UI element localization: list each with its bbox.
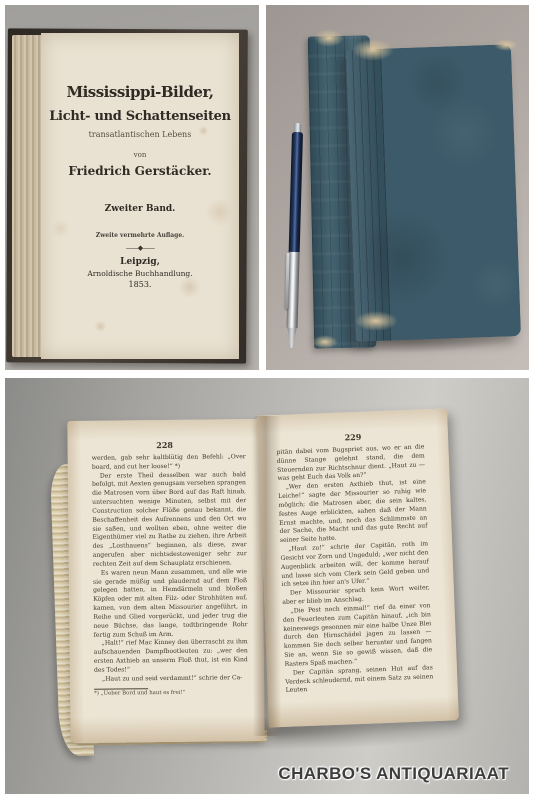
volume-statement: Zweiter Band. [41, 204, 239, 214]
right-page: 229 pitän dabei vom Bugspriet aus, wo er… [257, 408, 459, 727]
imprint-publisher: Arnoldische Buchhandlung. [41, 269, 239, 278]
pen-barrel [289, 132, 303, 252]
right-page-text: pitän dabei vom Bugspriet aus, wo er an … [276, 443, 433, 696]
paragraph: „Wer den ersten Axthieb thut, ist eine L… [278, 479, 428, 546]
book-subtitle: transatlantischen Lebens [41, 130, 239, 139]
page-block-edge [12, 35, 42, 357]
edition-statement: Zweite vermehrte Auflage. [41, 232, 239, 239]
byline: von [41, 151, 239, 159]
pen-push-button [294, 123, 301, 132]
book-title-line1: Mississippi-Bilder, [41, 83, 239, 101]
paragraph: „Haut zu und seid verdammt!“ schrie der … [94, 674, 248, 684]
paragraph: „Die Pest noch einmal!“ rief da einer vo… [282, 602, 432, 669]
paragraph: „Haut zu!“ schrie der Capitän, roth im G… [280, 540, 430, 590]
footnote: *) „Ueber Bord und haut es frei!“ [94, 689, 248, 697]
worn-cloth-patch [354, 311, 398, 331]
author-name: Friedrich Gerstäcker. [41, 164, 239, 178]
gutter-shadow [253, 416, 281, 736]
left-page-text: werden, gab sehr kaltblütig den Befehl: … [92, 453, 248, 684]
paragraph: Der erste Theil desselben war auch bald … [92, 471, 247, 570]
pen-tip [286, 328, 298, 348]
ornament-divider: ——◆—— [41, 244, 239, 252]
imprint-city: Leipzig, [41, 257, 239, 267]
title-page: Mississippi-Bilder, Licht- und Schattens… [41, 33, 239, 359]
imprint-year: 1853. [41, 280, 239, 289]
paragraph: werden, gab sehr kaltblütig den Befehl: … [92, 453, 246, 472]
paragraph: pitän dabei vom Bugspriet aus, wo er an … [276, 443, 425, 484]
ballpoint-pen [283, 123, 306, 355]
bookshop-photo-collage: Mississippi-Bilder, Licht- und Schattens… [0, 0, 534, 800]
left-page: 228 werden, gab sehr kaltblütig den Befe… [67, 419, 264, 743]
left-page-number: 228 [68, 439, 262, 451]
worn-cloth-patch [494, 39, 518, 51]
worn-cloth-patch [352, 39, 394, 61]
paragraph: Es waren neun Mann zusammen, und alle wi… [93, 568, 248, 640]
closed-volumes-photo [266, 5, 529, 370]
bookseller-watermark: CHARBO'S ANTIQUARIAAT [278, 764, 509, 784]
book-title-line2: Licht- und Schattenseiten [41, 109, 239, 124]
worn-cloth-patch [314, 29, 344, 47]
worn-cloth-patch [312, 335, 338, 349]
title-page-photo: Mississippi-Bilder, Licht- und Schattens… [5, 5, 259, 370]
front-volume [345, 44, 521, 342]
paragraph: „Halt!“ rief Mac Kinney den überrascht z… [94, 639, 248, 676]
paragraph: Der Capitän sprang, seinen Hut auf das V… [285, 664, 434, 696]
open-book-photo: 228 werden, gab sehr kaltblütig den Befe… [5, 378, 529, 794]
